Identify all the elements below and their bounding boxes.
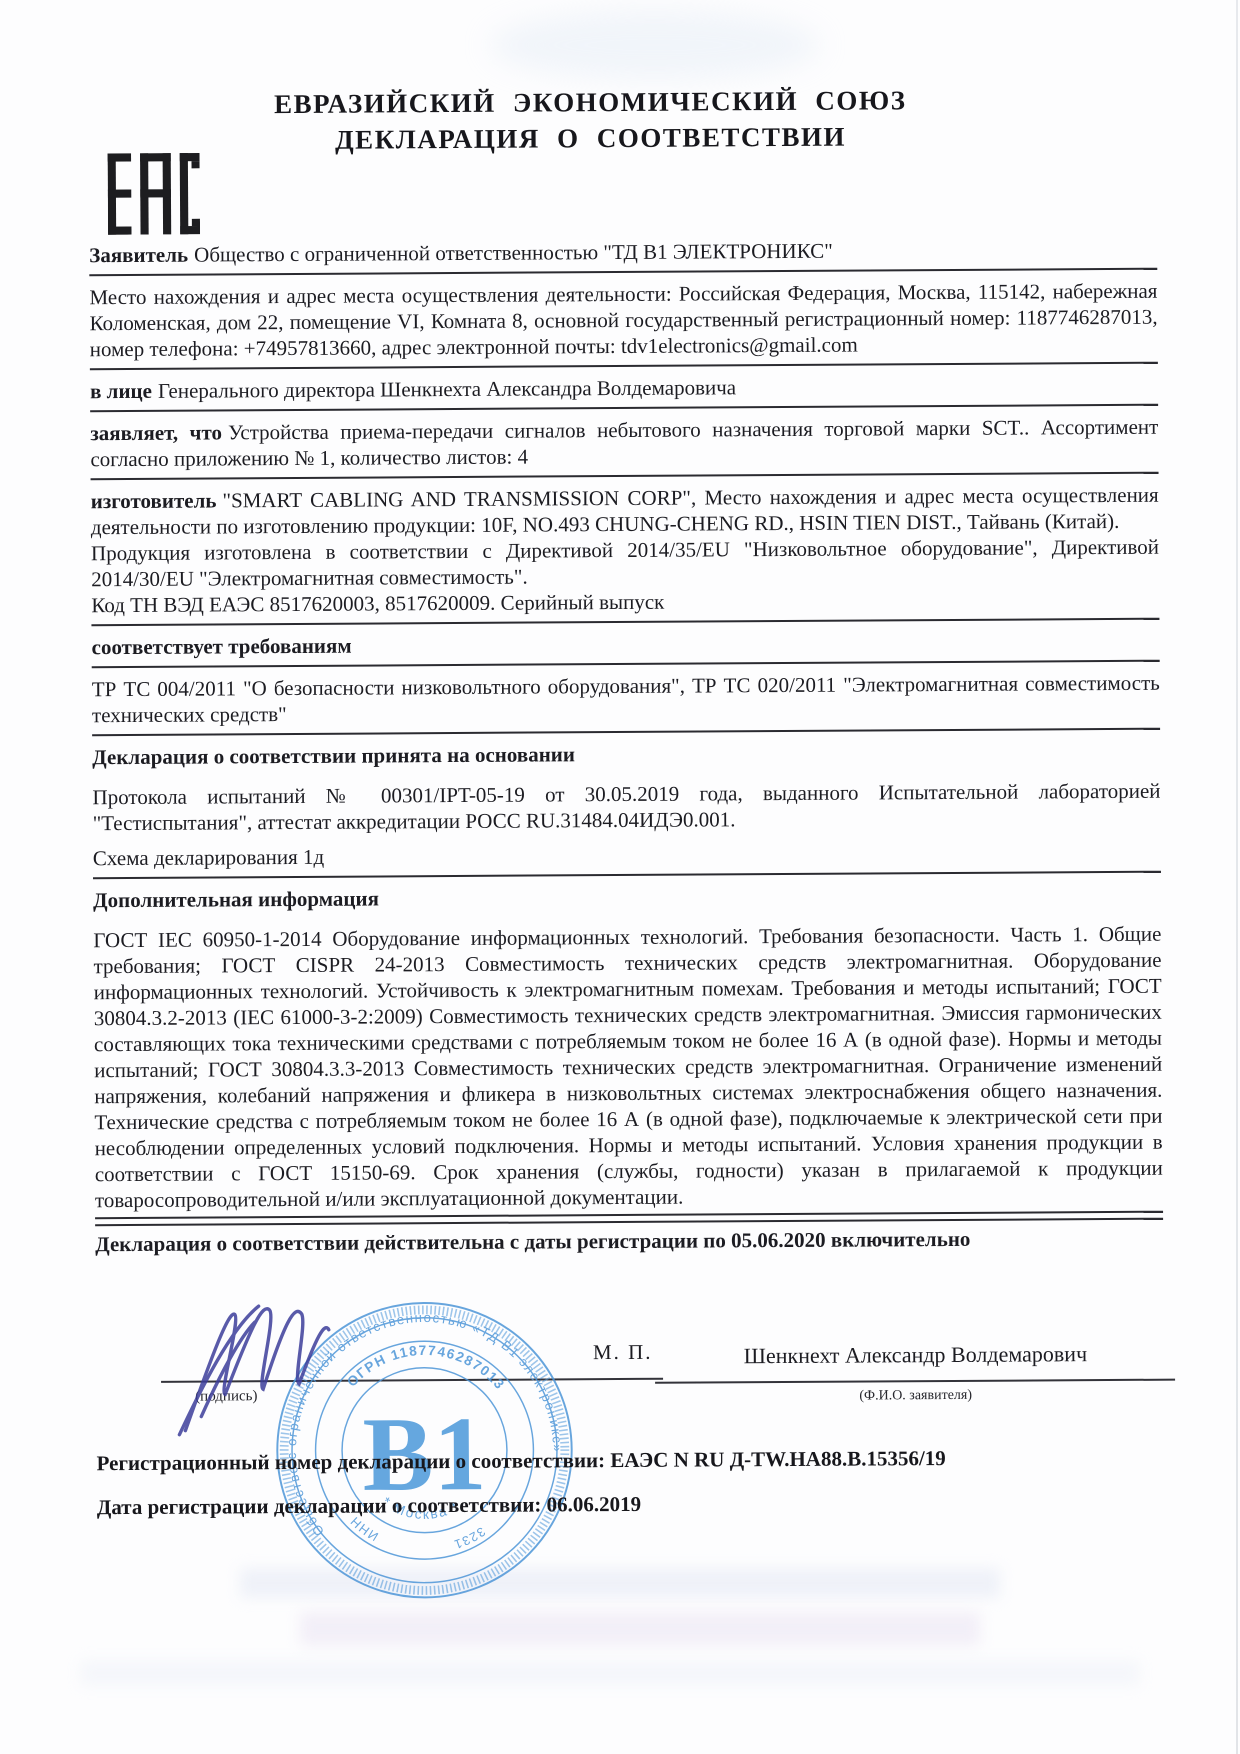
complies-text: ТР ТС 004/2011 "О безопасности низковоль… bbox=[92, 670, 1160, 729]
registration-date-line: Дата регистрации декларации о соответств… bbox=[97, 1492, 641, 1520]
basis-text-row: Протокола испытаний № 00301/IPT-05-19 от… bbox=[92, 770, 1160, 843]
declares-label: заявляет, что bbox=[90, 420, 222, 445]
additional-text: ГОСТ IEC 60950-1-2014 Оборудование инфор… bbox=[93, 921, 1163, 1214]
additional-heading: Дополнительная информация bbox=[93, 881, 1161, 914]
applicant-value: Общество с ограниченной ответственностью… bbox=[194, 239, 833, 267]
declares-row: заявляет, чтоУстройства приема-передачи … bbox=[90, 406, 1158, 481]
tnved-line: Код ТН ВЭД ЕАЭС 8517620003, 8517620009. … bbox=[91, 586, 1159, 619]
signer-caption: (Ф.И.О. заявителя) bbox=[658, 1387, 1173, 1406]
applicant-label: Заявитель bbox=[89, 243, 188, 268]
manufacturer-value: "SMART CABLING AND TRANSMISSION CORP", М… bbox=[91, 483, 1159, 540]
signer-name-line bbox=[655, 1379, 1175, 1384]
in-person-label: в лице bbox=[90, 379, 152, 403]
scanned-page-content: ЕВРАЗИЙСКИЙ ЭКОНОМИЧЕСКИЙ СОЮЗ ДЕКЛАРАЦИ… bbox=[0, 0, 1240, 1754]
basis-heading: Декларация о соответствии принята на осн… bbox=[92, 738, 1160, 771]
svg-text:3231: 3231 bbox=[452, 1524, 489, 1552]
registration-number-line: Регистрационный номер декларации о соотв… bbox=[96, 1446, 945, 1476]
document-title: ЕВРАЗИЙСКИЙ ЭКОНОМИЧЕСКИЙ СОЮЗ ДЕКЛАРАЦИ… bbox=[0, 81, 1186, 160]
basis-heading-row: Декларация о соответствии принята на осн… bbox=[92, 730, 1160, 777]
stamp-inn-right-fragment: 3231 bbox=[452, 1524, 489, 1552]
declaration-body: ЗаявительОбщество с ограниченной ответст… bbox=[89, 233, 1163, 1258]
additional-heading-row: Дополнительная информация bbox=[93, 873, 1161, 920]
complies-heading-row: соответствует требованиям bbox=[91, 620, 1159, 669]
validity-row: Декларация о соответствии действительна … bbox=[95, 1218, 1163, 1258]
handwritten-signature bbox=[171, 1288, 362, 1439]
signer-name: Шенкнехт Александр Волдемарович bbox=[658, 1341, 1173, 1370]
additional-text-row: ГОСТ IEC 60950-1-2014 Оборудование инфор… bbox=[93, 913, 1163, 1220]
scheme-line: Схема декларирования 1д bbox=[93, 839, 1161, 872]
declares-value: Устройства приема-передачи сигналов небы… bbox=[90, 415, 1158, 472]
manufacturer-block: изготовитель"SMART CABLING AND TRANSMISS… bbox=[91, 474, 1160, 627]
declaration-document-page: ЕВРАЗИЙСКИЙ ЭКОНОМИЧЕСКИЙ СОЮЗ ДЕКЛАРАЦИ… bbox=[0, 0, 1240, 1754]
complies-heading: соответствует требованиям bbox=[92, 628, 1160, 661]
manufacturer-label: изготовитель bbox=[91, 488, 217, 513]
eac-mark-icon bbox=[108, 152, 201, 237]
complies-text-row: ТР ТС 004/2011 "О безопасности низковоль… bbox=[92, 662, 1160, 737]
production-note: Продукция изготовлена в соответствии с Д… bbox=[91, 534, 1159, 593]
validity-text: Декларация о соответствии действительна … bbox=[95, 1225, 1163, 1258]
address-text: Место нахождения и адрес места осуществл… bbox=[89, 278, 1157, 363]
address-row: Место нахождения и адрес места осуществл… bbox=[89, 270, 1158, 371]
in-person-row: в лицеГенерального директора Шенкнехта А… bbox=[90, 364, 1158, 413]
basis-text: Протокола испытаний № 00301/IPT-05-19 от… bbox=[92, 778, 1160, 837]
in-person-value: Генерального директора Шенкнехта Алексан… bbox=[158, 375, 736, 403]
seal-place-label: М. П. bbox=[593, 1340, 653, 1365]
